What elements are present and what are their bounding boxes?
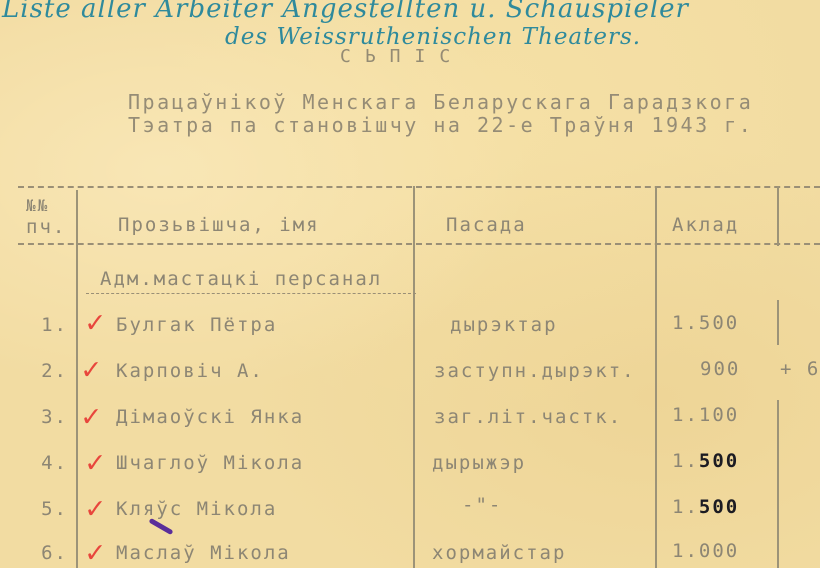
row-position: -"- [462, 494, 502, 516]
row-name: Шчаглоў Мікола [116, 452, 304, 474]
row-number: 6. [20, 542, 68, 564]
section-underline [86, 293, 416, 294]
handwritten-note-line1: Liste aller Arbeiter Angestellten u. Sch… [2, 0, 689, 24]
header-name: Прозьвішча, імя [118, 214, 320, 236]
row-name: Маслаў Мікола [116, 542, 291, 564]
row-salary-extra: + 60 [780, 358, 820, 380]
column-divider-4-top [777, 186, 779, 246]
salary-overwritten: 500 [699, 496, 739, 518]
column-divider-3 [655, 186, 657, 568]
column-divider-4-bottom [777, 400, 779, 568]
row-number: 3. [20, 406, 68, 428]
row-name: Кляўс Мікола [116, 498, 277, 520]
row-position: дырыжэр [432, 452, 526, 474]
document-title: СЬПІС [340, 46, 464, 67]
column-divider-1 [76, 190, 78, 568]
row-position: дырэктар [450, 314, 558, 336]
row-name: Карповіч А. [116, 360, 264, 382]
check-mark-icon: ✓ [82, 402, 100, 432]
row-salary: 1.000 [672, 540, 739, 562]
check-mark-icon: ✓ [86, 494, 104, 524]
check-mark-icon: ✓ [86, 538, 104, 568]
column-divider-2 [413, 186, 415, 568]
row-number: 4. [20, 452, 68, 474]
header-position: Пасада [446, 214, 527, 236]
purple-pen-mark [148, 518, 173, 535]
column-divider-4-mid [777, 300, 779, 345]
row-position: хормайстар [432, 542, 566, 564]
check-mark-icon: ✓ [86, 448, 104, 478]
table-top-border [18, 186, 820, 188]
row-number: 2. [20, 360, 68, 382]
header-bottom-border [18, 243, 820, 245]
row-salary: 1.500 [672, 450, 739, 472]
row-position: заг.літ.частк. [434, 406, 622, 428]
header-number-bottom: пч. [26, 216, 66, 238]
header-salary: Аклад [672, 214, 739, 236]
row-salary: 1.500 [672, 496, 739, 518]
row-number: 1. [20, 314, 68, 336]
row-name: Дімаоўскі Янка [116, 406, 304, 428]
check-mark-icon: ✓ [86, 308, 104, 338]
row-salary: 1.100 [672, 404, 739, 426]
salary-prefix: 1. [672, 450, 699, 472]
row-number: 5. [20, 498, 68, 520]
row-position: заступн.дырэкт. [434, 360, 636, 382]
check-mark-icon: ✓ [82, 355, 100, 385]
document-subtitle-line2: Тэатра па становішчу на 22-е Траўня 1943… [128, 113, 753, 137]
salary-overwritten: 500 [699, 450, 739, 472]
row-name: Булгак Пётра [116, 314, 277, 336]
document-subtitle-line1: Працаўнікоў Менскага Беларускага Гарадзк… [128, 90, 753, 114]
row-salary: 1.500 [672, 312, 739, 334]
header-number-top: №№ [26, 196, 49, 215]
row-salary: 900 [700, 358, 740, 380]
salary-prefix: 1. [672, 496, 699, 518]
section-label: Адм.мастацкі персанал [100, 268, 382, 290]
